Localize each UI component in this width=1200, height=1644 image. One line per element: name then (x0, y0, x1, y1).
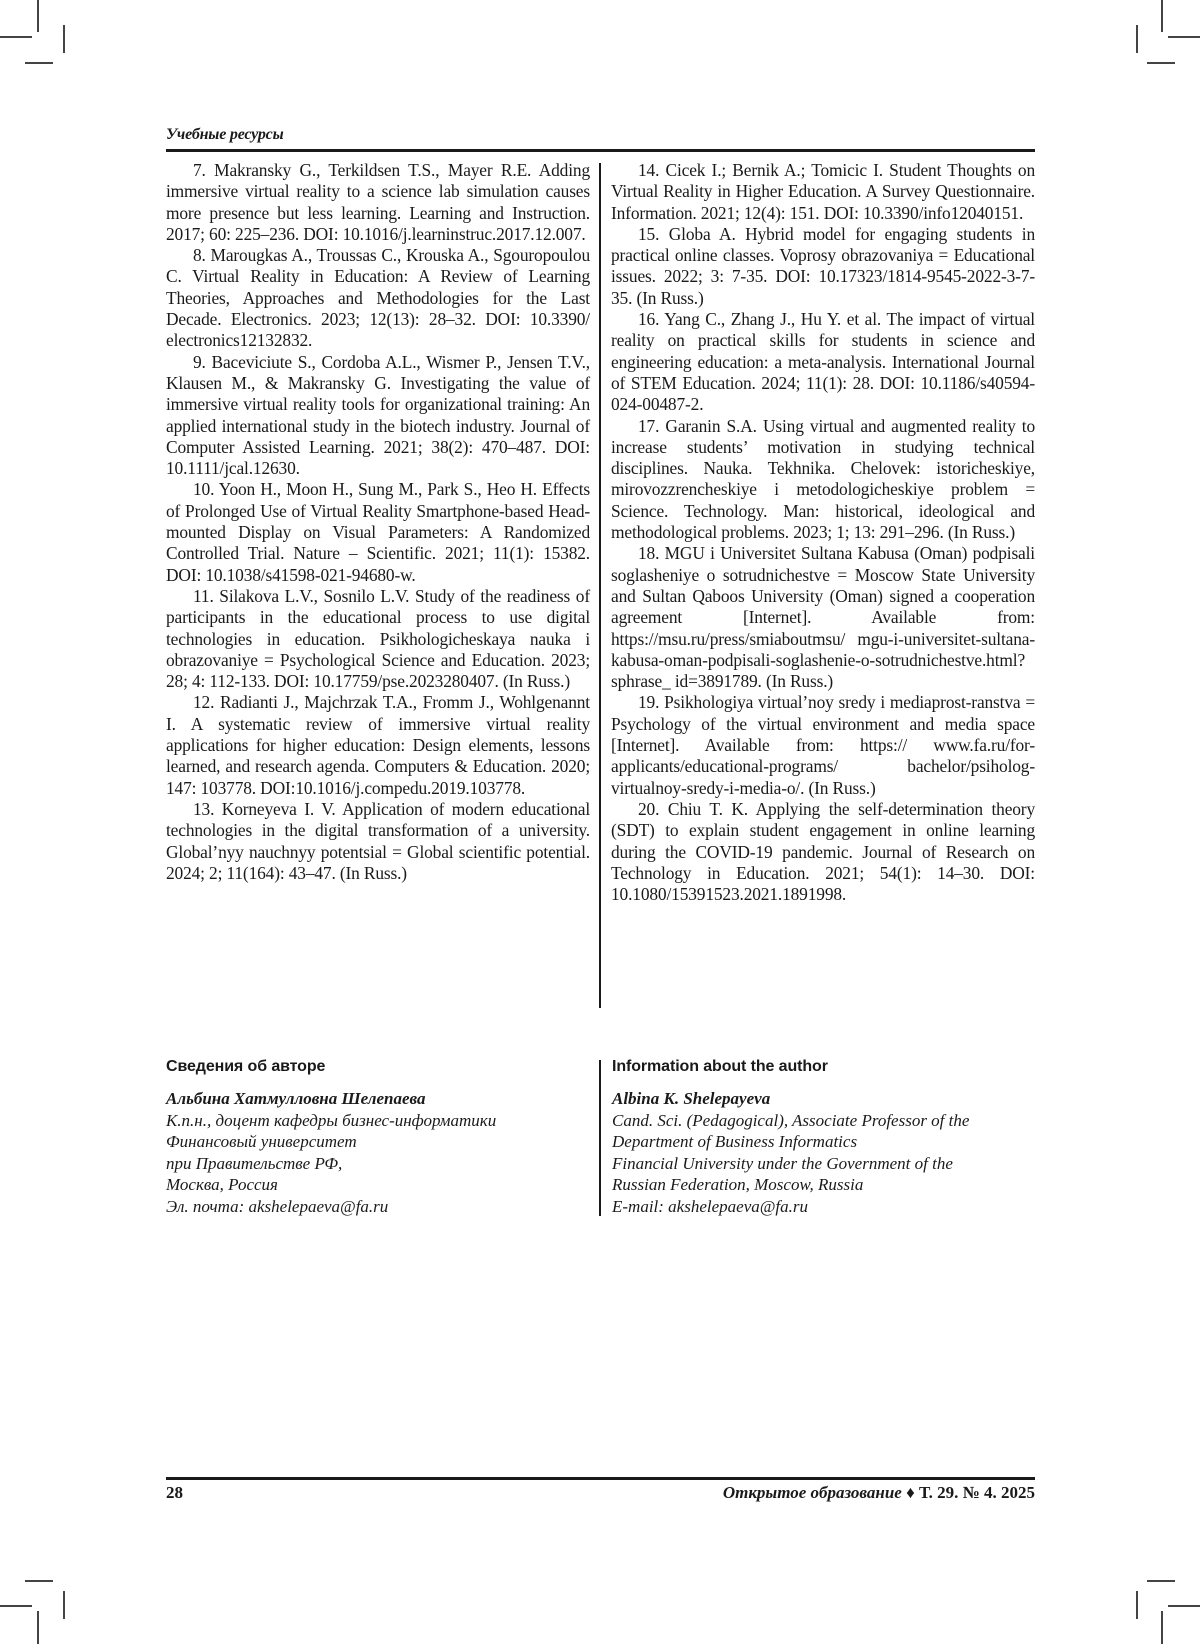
header-rule (166, 149, 1035, 152)
page-number: 28 (166, 1483, 183, 1503)
crop-mark (1161, 0, 1163, 32)
reference-item: 12. Radianti J., Majchrzak T.A., Fromm J… (166, 692, 590, 798)
reference-item: 20. Chiu T. K. Applying the self-determi… (611, 799, 1035, 905)
journal-name: Открытое образование (723, 1483, 902, 1502)
author-location: Russian Federation, Moscow, Russia (612, 1174, 1042, 1196)
crop-mark (1168, 36, 1200, 38)
author-info-en: Information about the author Albina K. S… (612, 1058, 1042, 1217)
reference-item: 19. Psikhologiya virtual’noy sredy i med… (611, 692, 1035, 798)
author-location: Москва, Россия (166, 1174, 596, 1196)
journal-info: Открытое образование ♦ Т. 29. № 4. 2025 (723, 1483, 1035, 1503)
crop-mark (1147, 1580, 1175, 1582)
reference-item: 14. Cicek I.; Bernik A.; Tomicic I. Stud… (611, 160, 1035, 224)
crop-mark (1161, 1611, 1163, 1644)
crop-mark (0, 1605, 32, 1607)
author-affiliation: при Правительстве РФ, (166, 1153, 596, 1175)
crop-mark (37, 1611, 39, 1644)
author-email: Эл. почта: akshelepaeva@fa.ru (166, 1196, 596, 1218)
crop-mark (25, 1580, 53, 1582)
reference-item: 17. Garanin S.A. Using virtual and augme… (611, 416, 1035, 544)
author-info-ru: Сведения об авторе Альбина Хатмулловна Ш… (166, 1058, 596, 1217)
author-position: Cand. Sci. (Pedagogical), Associate Prof… (612, 1110, 1042, 1132)
reference-item: 13. Korneyeva I. V. Application of moder… (166, 799, 590, 884)
section-title: Учебные ресурсы (166, 126, 1035, 144)
reference-item: 10. Yoon H., Moon H., Sung M., Park S., … (166, 479, 590, 585)
diamond-icon: ♦ (906, 1483, 915, 1502)
journal-issue: Т. 29. № 4. 2025 (919, 1483, 1035, 1502)
crop-mark (1147, 62, 1175, 64)
reference-item: 16. Yang C., Zhang J., Hu Y. et al. The … (611, 309, 1035, 415)
author-position: К.п.н., доцент кафедры бизнес-информатик… (166, 1110, 596, 1132)
author-affiliation: Финансовый университет (166, 1131, 596, 1153)
reference-item: 18. MGU i Universitet Sultana Kabusa (Om… (611, 543, 1035, 692)
reference-item: 9. Baceviciute S., Cordoba A.L., Wismer … (166, 352, 590, 480)
reference-item: 8. Marougkas A., Troussas C., Krouska A.… (166, 245, 590, 351)
author-name: Albina K. Shelepayeva (612, 1088, 1042, 1110)
author-email: E-mail: akshelepaeva@fa.ru (612, 1196, 1042, 1218)
crop-mark (0, 36, 32, 38)
references-right-column: 14. Cicek I.; Bernik A.; Tomicic I. Stud… (611, 160, 1035, 905)
reference-item: 7. Makransky G., Terkildsen T.S., Mayer … (166, 160, 590, 245)
column-divider (599, 1060, 601, 1216)
footer-rule (166, 1477, 1035, 1480)
author-affiliation: Financial University under the Governmen… (612, 1153, 1042, 1175)
crop-mark (37, 0, 39, 32)
crop-mark (1136, 1591, 1138, 1619)
references-left-column: 7. Makransky G., Terkildsen T.S., Mayer … (166, 160, 590, 884)
column-divider (599, 163, 601, 1008)
author-name: Альбина Хатмулловна Шелепаева (166, 1088, 596, 1110)
crop-mark (63, 25, 65, 53)
crop-mark (1168, 1605, 1200, 1607)
crop-mark (25, 62, 53, 64)
author-info-title: Information about the author (612, 1058, 1042, 1076)
crop-mark (1136, 25, 1138, 53)
reference-item: 11. Silakova L.V., Sosnilo L.V. Study of… (166, 586, 590, 692)
reference-item: 15. Globa A. Hybrid model for engaging s… (611, 224, 1035, 309)
crop-mark (63, 1591, 65, 1619)
author-position: Department of Business Informatics (612, 1131, 1042, 1153)
author-info-title: Сведения об авторе (166, 1058, 596, 1076)
